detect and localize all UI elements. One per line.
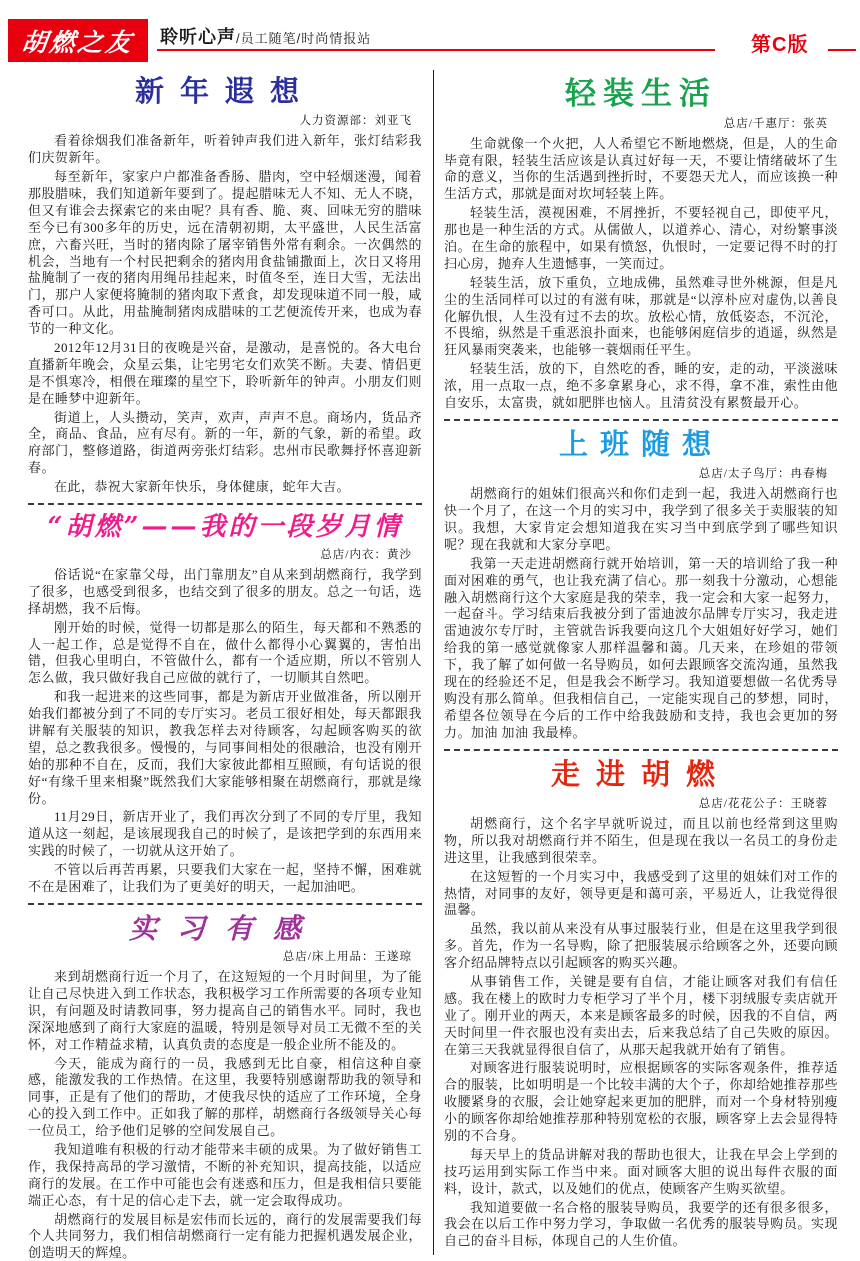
- dashed-separator: [28, 903, 422, 905]
- masthead-title: 胡燃之友: [19, 23, 136, 59]
- newspaper-page: 胡燃之友 聆听心声/员工随笔/时尚情报站 第C版 新年遐想 人力资源部：刘亚飞 …: [0, 0, 860, 1259]
- article-paragraph: 我第一天走进胡燃商行就开始培训，第一天的培训给了我一种面对困难的勇气，也让我充满…: [444, 556, 838, 742]
- article-body: 来到胡燃商行近一个月了，在这短短的一个月时间里，为了能让自己尽快进入到工作状态，…: [28, 969, 422, 1259]
- article-byline: 总店/千惠厅：张英: [444, 115, 838, 131]
- article-new-year-reverie: 新年遐想 人力资源部：刘亚飞 看着徐烟我们准备新年，听着钟声我们进入新年，张灯结…: [28, 76, 422, 496]
- article-huran-years: “胡燃”——我的一段岁月情 总店/内衣：黄沙 俗话说“在家靠父母，出门靠朋友”自…: [28, 513, 422, 896]
- header-rule: [157, 49, 715, 51]
- header-rule-short: [828, 49, 856, 51]
- page-header: 胡燃之友 聆听心声/员工随笔/时尚情报站 第C版: [0, 0, 860, 66]
- article-paragraph: 在这短暂的一个月实习中，我感受到了这里的姐妹们对工作的热情，对同事的友好，领导更…: [444, 869, 838, 920]
- article-title: 轻装生活: [444, 76, 838, 112]
- article-paragraph: 胡燃商行，这个名字早就听说过，而且以前也经常到这里购物，所以我对胡燃商行并不陌生…: [444, 816, 838, 867]
- article-paragraph: 轻装生活，放的下，自然吃的香，睡的安，走的动，平淡滋味浓，用一点取一点，绝不多拿…: [444, 361, 838, 412]
- article-paragraph: 11月29日，新店开业了，我们再次分到了不同的专厅里，我知道从这一刻起，是该展现…: [28, 809, 422, 860]
- article-paragraph: 和我一起进来的这些同事，都是为新店开业做准备，所以刚开始我们都被分到了不同的专厅…: [28, 689, 422, 807]
- article-paragraph: 俗话说“在家靠父母，出门靠朋友”自从来到胡燃商行，我学到了很多，也感受到很多，也…: [28, 567, 422, 618]
- article-byline: 总店/花花公子：王晓蓉: [444, 795, 838, 811]
- article-paragraph: 刚开始的时候，觉得一切都是那么的陌生，每天都和不熟悉的人一起工作，总是觉得不自在…: [28, 620, 422, 688]
- tagline-secondary: /员工随笔/时尚情报站: [236, 31, 371, 46]
- article-paragraph: 虽然，我以前从来没有从事过服装行业，但是在这里我学到很多。首先，作为一名导购，除…: [444, 921, 838, 972]
- header-tagline: 聆听心声/员工随笔/时尚情报站: [160, 23, 371, 49]
- right-column: 轻装生活 总店/千惠厅：张英 生命就像一个火把，人人希望它不断地燃烧，但是，人的…: [444, 68, 838, 1259]
- column-divider: [433, 70, 434, 1255]
- article-title: “胡燃”——我的一段岁月情: [28, 513, 422, 543]
- article-paragraph: 胡燃商行的发展目标是宏伟而长远的，商行的发展需要我们每个人共同努力，我们相信胡燃…: [28, 1212, 422, 1259]
- article-entering-huran: 走进胡燃 总店/花花公子：王晓蓉 胡燃商行，这个名字早就听说过，而且以前也经常到…: [444, 759, 838, 1251]
- article-paragraph: 我知道要做一名合格的服装导购员，我要学的还有很多很多，我会在以后工作中努力学习，…: [444, 1200, 838, 1251]
- article-body: 胡燃商行的姐妹们很高兴和你们走到一起，我进入胡燃商行也快一个月了，在这一个月的实…: [444, 486, 838, 741]
- article-paragraph: 轻装生活，漠视困难，不屑挫折，不要轻视自己，即使平凡，那也是一种生活的方式。从儒…: [444, 205, 838, 273]
- article-work-thoughts: 上班随想 总店/太子鸟厅：冉春梅 胡燃商行的姐妹们很高兴和你们走到一起，我进入胡…: [444, 429, 838, 742]
- article-body: 胡燃商行，这个名字早就听说过，而且以前也经常到这里购物，所以我对胡燃商行并不陌生…: [444, 816, 838, 1250]
- article-body: 看着徐烟我们准备新年，听着钟声我们进入新年，张灯结彩我们庆贺新年。每至新年，家家…: [28, 133, 422, 496]
- article-paragraph: 今天，能成为商行的一员，我感到无比自豪，相信这种自豪感，能激发我的工作热情。在这…: [28, 1056, 422, 1140]
- article-paragraph: 每天早上的货品讲解对我的帮助也很大，让我在早会上学到的技巧运用到实际工作当中来。…: [444, 1147, 838, 1198]
- dashed-separator: [444, 749, 838, 751]
- article-paragraph: 在此，恭祝大家新年快乐，身体健康，蛇年大吉。: [28, 479, 422, 496]
- article-light-living: 轻装生活 总店/千惠厅：张英 生命就像一个火把，人人希望它不断地燃烧，但是，人的…: [444, 76, 838, 412]
- article-title: 上班随想: [444, 429, 838, 462]
- article-title: 新年遐想: [28, 76, 422, 109]
- article-byline: 人力资源部：刘亚飞: [28, 112, 422, 128]
- dashed-separator: [28, 503, 422, 505]
- content-columns: 新年遐想 人力资源部：刘亚飞 看着徐烟我们准备新年，听着钟声我们进入新年，张灯结…: [0, 66, 860, 1259]
- article-paragraph: 从事销售工作，关键是要有自信，才能让顾客对我们有信任感。我在楼上的欧时力专柜学习…: [444, 974, 838, 1058]
- article-paragraph: 每至新年，家家户户都准备香肠、腊肉，空中轻烟迷漫，闻着那股腊味，我们知道新年要到…: [28, 169, 422, 338]
- article-byline: 总店/内衣：黄沙: [28, 546, 422, 562]
- edition-label: 第C版: [751, 28, 808, 57]
- article-paragraph: 生命就像一个火把，人人希望它不断地燃烧，但是，人的生命毕竟有限，轻装生活应该是认…: [444, 136, 838, 204]
- article-paragraph: 胡燃商行的姐妹们很高兴和你们走到一起，我进入胡燃商行也快一个月了，在这一个月的实…: [444, 486, 838, 554]
- article-paragraph: 轻装生活，放下重负，立地成佛，虽然难寻世外桃源，但是凡尘的生活同样可以过的有滋有…: [444, 275, 838, 359]
- tagline-primary: 聆听心声: [160, 27, 236, 47]
- article-paragraph: 我知道唯有积极的行动才能带来丰硕的成果。为了做好销售工作，我保持高昂的学习激情，…: [28, 1142, 422, 1210]
- article-internship-reflection: 实习有感 总店/床上用品：王遂琼 来到胡燃商行近一个月了，在这短短的一个月时间里…: [28, 913, 422, 1259]
- article-paragraph: 不管以后再苦再累，只要我们大家在一起，坚持不懈，困难就不在是困难了，让我们为了更…: [28, 862, 422, 896]
- article-byline: 总店/床上用品：王遂琼: [28, 948, 422, 964]
- left-column: 新年遐想 人力资源部：刘亚飞 看着徐烟我们准备新年，听着钟声我们进入新年，张灯结…: [28, 68, 422, 1259]
- article-paragraph: 来到胡燃商行近一个月了，在这短短的一个月时间里，为了能让自己尽快进入到工作状态，…: [28, 969, 422, 1053]
- article-paragraph: 对顾客进行服装说明时，应根据顾客的实际客观条件，推荐适合的服装，比如明明是一个比…: [444, 1060, 838, 1144]
- article-body: 俗话说“在家靠父母，出门靠朋友”自从来到胡燃商行，我学到了很多，也感受到很多，也…: [28, 567, 422, 896]
- article-paragraph: 街道上，人头攒动，笑声，欢声，声声不息。商场内，货品齐全，商品、食品，应有尽有。…: [28, 410, 422, 478]
- article-paragraph: 看着徐烟我们准备新年，听着钟声我们进入新年，张灯结彩我们庆贺新年。: [28, 133, 422, 167]
- article-paragraph: 2012年12月31日的夜晚是兴奋，是激动，是喜悦的。各大电台直播新年晚会，众星…: [28, 340, 422, 408]
- article-body: 生命就像一个火把，人人希望它不断地燃烧，但是，人的生命毕竟有限，轻装生活应该是认…: [444, 136, 838, 412]
- masthead-logo: 胡燃之友: [8, 19, 148, 62]
- dashed-separator: [444, 419, 838, 421]
- article-byline: 总店/太子鸟厅：冉春梅: [444, 465, 838, 481]
- article-title: 走进胡燃: [444, 759, 838, 792]
- article-title: 实习有感: [28, 913, 422, 945]
